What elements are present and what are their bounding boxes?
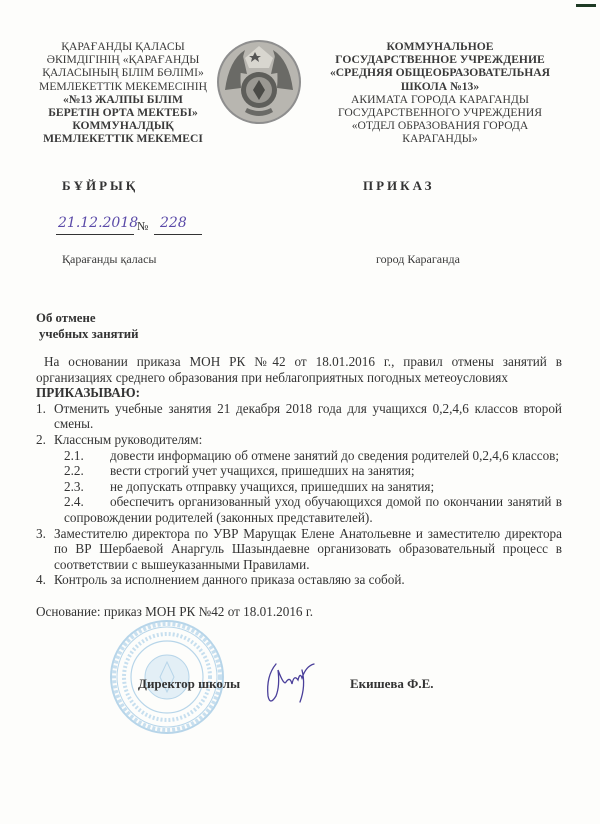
order-subitem: 2.2. вести строгий учет учащихся, пришед… [36,463,562,479]
item-text: Классным руководителям: [54,432,202,447]
subitem-text: довести информацию об отмене занятий до … [110,448,559,463]
header-ru-line: КОММУНАЛЬНОЕ [312,40,568,53]
order-subitem: 2.1. довести информацию об отмене заняти… [36,448,562,464]
subitem-number: 2.3. [64,479,84,495]
header-ru-line: «СРЕДНЯЯ ОБЩЕОБРАЗОВАТЕЛЬНАЯ [312,66,568,79]
header-kz-block: ҚАРАҒАНДЫ ҚАЛАСЫ ӘКІМДІГІНІҢ «ҚАРАҒАНДЫ … [32,40,214,146]
subject-line: учебных занятий [36,326,139,342]
doc-type-kz: БҰЙРЫҚ [62,178,138,194]
city-ru: город Караганда [376,252,460,267]
signer-title: Директор школы [138,676,240,692]
header-kz-line: ҚАЛАСЫНЫҢ БІЛІМ БӨЛІМІ» [32,66,214,79]
state-emblem-icon [215,38,303,126]
order-item: 1. Отменить учебные занятия 21 декабря 2… [36,401,562,432]
header-ru-line: АКИМАТА ГОРОДА КАРАГАНДЫ [312,93,568,106]
order-subject: Об отмене учебных занятий [36,310,139,342]
registration-line: 21.12.2018 № 228 [56,214,226,238]
order-subitem: 2.3. не допускать отправку учащихся, при… [36,479,562,495]
document-page: ҚАРАҒАНДЫ ҚАЛАСЫ ӘКІМДІГІНІҢ «ҚАРАҒАНДЫ … [0,0,600,824]
header-ru-line: ШКОЛА №13» [312,80,568,93]
number-underline [154,234,202,235]
number-sign: № [137,219,148,234]
header-kz-line: МЕМЛЕКЕТТІК МЕКЕМЕСІ [32,132,214,145]
subitem-number: 2.2. [64,463,84,479]
item-text: Отменить учебные занятия 21 декабря 2018… [54,401,562,432]
header-kz-line: ҚАРАҒАНДЫ ҚАЛАСЫ [32,40,214,53]
doc-type-ru: ПРИКАЗ [363,178,435,194]
preamble: На основании приказа МОН РК №42 от 18.01… [36,354,562,385]
header-ru-line: ГОСУДАРСТВЕННОЕ УЧРЕЖДЕНИЕ [312,53,568,66]
item-number: 2. [36,432,46,448]
subject-line: Об отмене [36,310,139,326]
subitem-text: вести строгий учет учащихся, пришедших н… [110,463,415,478]
header-ru-line: КАРАГАНДЫ» [312,132,568,145]
order-body: На основании приказа МОН РК №42 от 18.01… [36,354,562,620]
header-kz-line: ӘКІМДІГІНІҢ «ҚАРАҒАНДЫ [32,53,214,66]
header-kz-line: МЕМЛЕКЕТТІК МЕКЕМЕСІНІҢ [32,80,214,93]
scan-edge-mark [576,4,596,7]
order-item: 2. Классным руководителям: [36,432,562,448]
subitem-number: 2.1. [64,448,84,464]
city-kz: Қарағанды қаласы [62,252,156,267]
header-kz-line: КОММУНАЛДЫҚ [32,119,214,132]
header-kz-line: «№13 ЖАЛПЫ БІЛІМ [32,93,214,106]
subitem-number: 2.4. [64,494,84,510]
date-underline [56,234,134,235]
signer-name: Екишева Ф.Е. [350,676,434,692]
item-number: 3. [36,526,46,542]
order-item: 3. Заместителю директора по УВР Марущак … [36,526,562,573]
header-ru-line: ГОСУДАРСТВЕННОГО УЧРЕЖДЕНИЯ [312,106,568,119]
order-word: ПРИКАЗЫВАЮ: [36,385,562,401]
handwritten-number: 228 [160,215,187,231]
item-text: Заместителю директора по УВР Марущак Еле… [54,526,562,572]
item-number: 4. [36,572,46,588]
item-text: Контроль за исполнением данного приказа … [54,572,405,587]
item-number: 1. [36,401,46,417]
header-ru-block: КОММУНАЛЬНОЕ ГОСУДАРСТВЕННОЕ УЧРЕЖДЕНИЕ … [312,40,568,146]
subitem-text: не допускать отправку учащихся, пришедши… [110,479,434,494]
header-ru-line: «ОТДЕЛ ОБРАЗОВАНИЯ ГОРОДА [312,119,568,132]
header-kz-line: БЕРЕТІН ОРТА МЕКТЕБІ» [32,106,214,119]
subitem-text: обеспечитъ организованный уход обучающих… [64,494,562,525]
order-item: 4. Контроль за исполнением данного прика… [36,572,562,588]
handwritten-date: 21.12.2018 [58,215,138,231]
handwritten-signature-icon [262,656,322,708]
order-subitem: 2.4. обеспечитъ организованный уход обуч… [36,494,562,525]
